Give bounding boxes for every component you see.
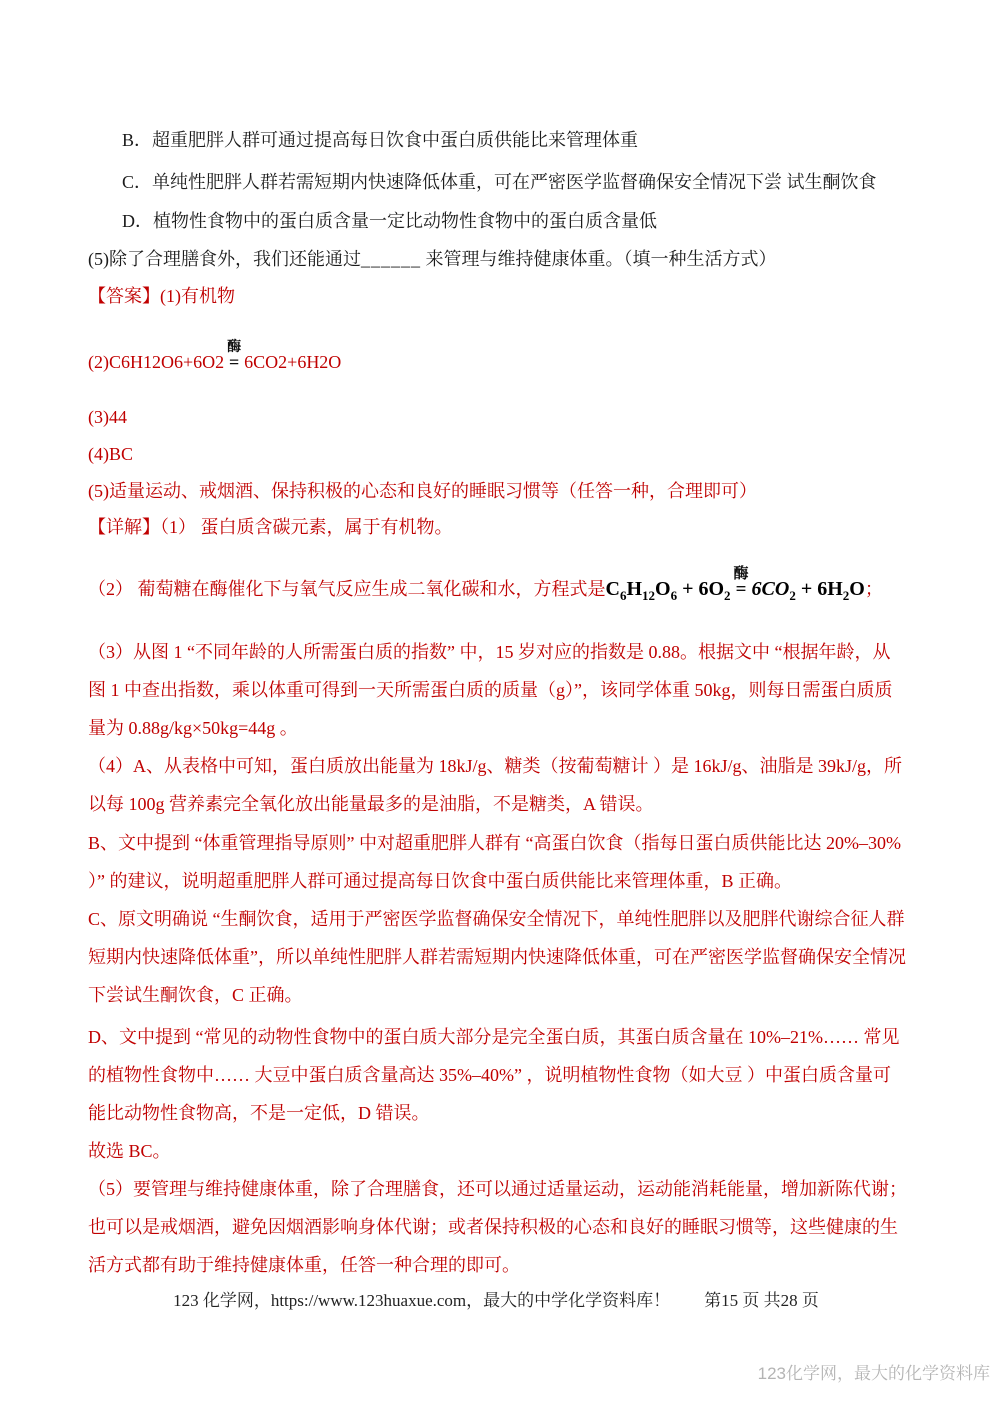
question-5-tail: 来管理与维持健康体重。（填一种生活方式） [421,249,777,269]
option-c: C．单纯性肥胖人群若需短期内快速降低体重，可在严密医学监督确保安全情况下尝 试生… [122,163,908,201]
explain-4c: C、原文明确说 “生酮饮食，适用于严密医学监督确保安全情况下，单纯性肥胖以及肥胖… [88,900,908,1014]
explain-2: （2） 葡萄糖在酶催化下与氧气反应生成二氧化碳和水，方程式是C6H12O6 + … [88,567,908,608]
explain-5: （5）要管理与维持健康体重，除了合理膳食，还可以通过适量运动，运动能消耗能量，增… [88,1170,908,1284]
answer-1: (1)有机物 [160,286,235,306]
catalyst-over-equals: 酶= [227,341,241,370]
explain-3: （3）从图 1 “不同年龄的人所需蛋白质的指数” 中，15 岁对应的指数是 0.… [88,633,908,747]
explain-2-text: （2） 葡萄糖在酶催化下与氧气反应生成二氧化碳和水，方程式是 [88,579,606,599]
equation-left: (2)C6H12O6+6O2 [88,352,224,372]
document-page: B．超重肥胖人群可通过提高每日饮食中蛋白质供能比来管理体重 C．单纯性肥胖人群若… [0,0,992,1403]
explain-1: （1） 蛋白质含碳元素，属于有机物。 [160,517,453,537]
question-5: (5)除了合理膳食外，我们还能通过______ 来管理与维持健康体重。（填一种生… [88,240,908,278]
fill-in-blank: ______ [361,249,421,269]
answer-5: (5)适量运动、戒烟酒、保持积极的心态和良好的睡眠习惯等（任答一种，合理即可） [88,472,908,510]
equation-right: 6CO2+6H2O [244,352,341,372]
answer-label: 【答案】 [88,286,160,306]
explain-4b: B、文中提到 “体重管理指导原则” 中对超重肥胖人群有 “高蛋白饮食（指每日蛋白… [88,824,908,900]
equation-tail: ； [865,579,883,599]
explain-label: 【详解】 [88,517,160,537]
equals-sign: = [734,582,749,597]
question-5-text: (5)除了合理膳食外，我们还能通过 [88,249,361,269]
equals-sign: = [227,355,241,370]
explain-heading: 【详解】（1） 蛋白质含碳元素，属于有机物。 [88,508,908,546]
explain-4-conclusion: 故选 BC。 [88,1132,908,1170]
answer-2-equation: (2)C6H12O6+6O2酶=6CO2+6H2O [88,341,908,381]
chemical-equation: C6H12O6 + 6O2酶=6CO2 + 6H2O [606,578,865,600]
explain-4d: D、文中提到 “常见的动物性食物中的蛋白质大部分是完全蛋白质，其蛋白质含量在 1… [88,1018,908,1132]
page-footer: 123 化学网，https://www.123huaxue.com，最大的中学化… [0,1286,992,1316]
catalyst-over-equals: 酶= [734,567,749,597]
answer-heading: 【答案】(1)有机物 [88,277,908,315]
answer-3: (3)44 [88,398,908,436]
option-b: B．超重肥胖人群可通过提高每日饮食中蛋白质供能比来管理体重 [122,121,908,159]
answer-4: (4)BC [88,435,908,473]
site-watermark: 123化学网，最大的化学资料库 [758,1362,990,1386]
explain-4a: （4）A、从表格中可知，蛋白质放出能量为 18kJ/g、糖类（按葡萄糖计 ）是 … [88,747,908,823]
option-d: D．植物性食物中的蛋白质含量一定比动物性食物中的蛋白质含量低 [122,202,908,240]
